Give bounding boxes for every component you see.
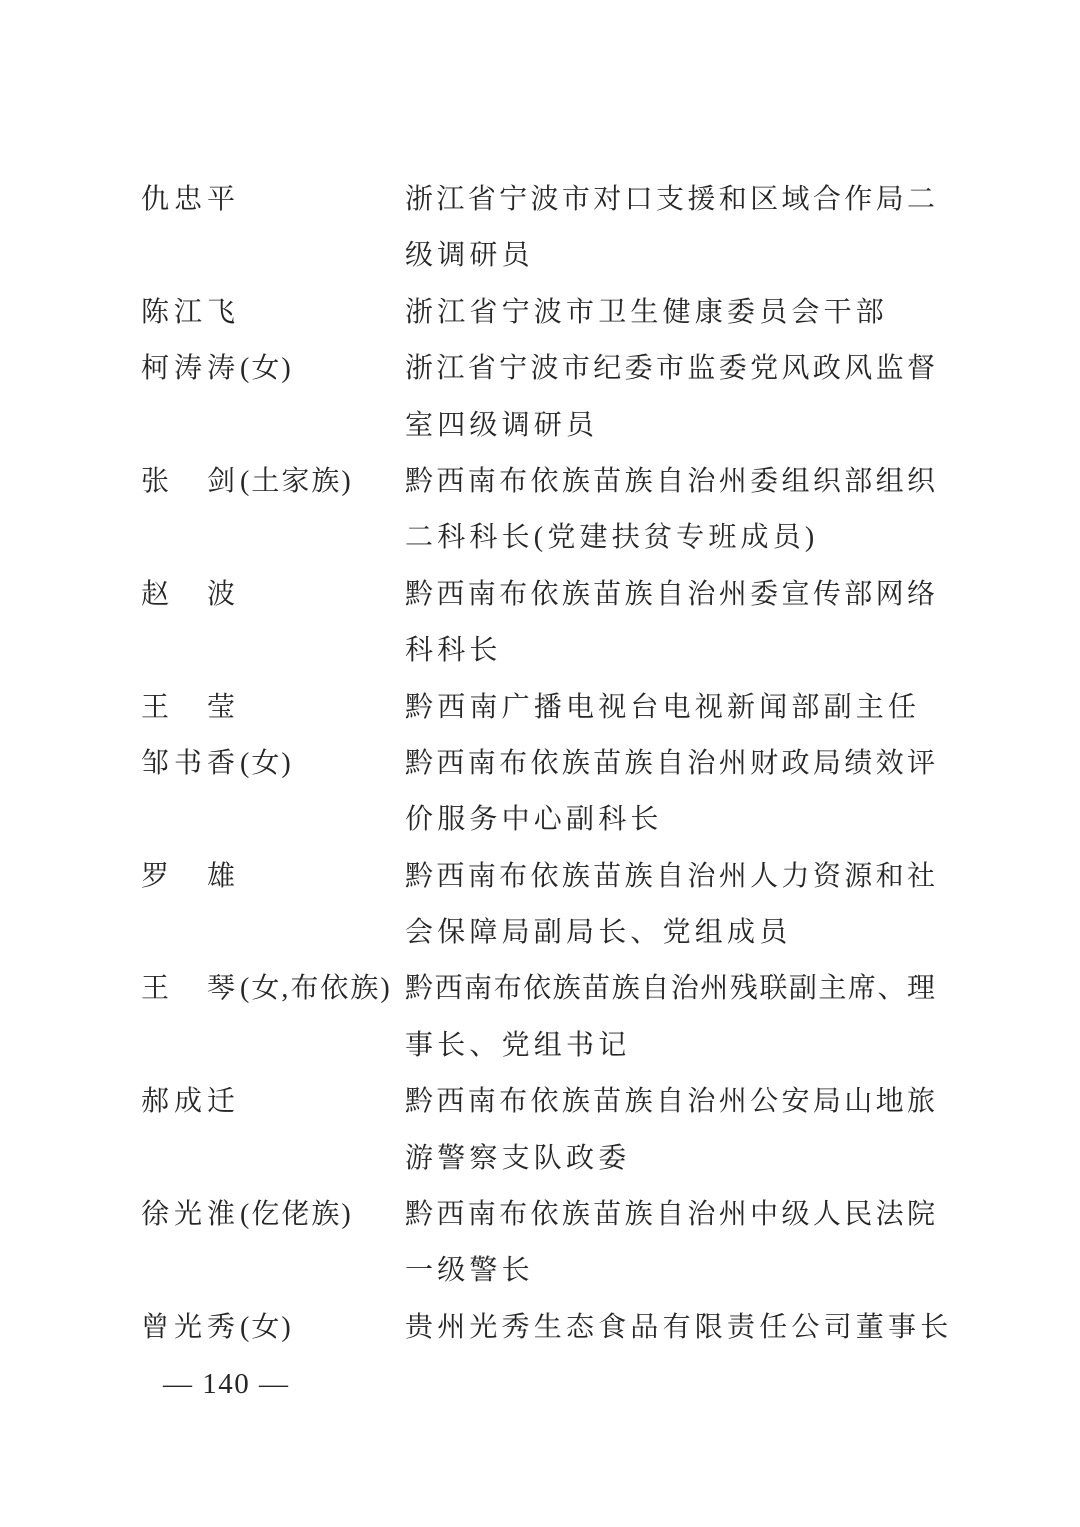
person-name-text: 罗 雄 xyxy=(141,861,240,892)
position-line: 级调研员 xyxy=(405,228,935,284)
position-line: 黔西南布依族苗族自治州公安局山地旅 xyxy=(405,1074,935,1130)
position-line: 黔西南广播电视台电视新闻部副主任 xyxy=(405,680,935,736)
person-name: 徐光淮(仡佬族) xyxy=(141,1187,405,1243)
person-name: 陈江飞 xyxy=(141,285,405,341)
position-line: 黔西南布依族苗族自治州委组织部组织 xyxy=(405,454,935,510)
entry-row: 王 琴(女,布依族) 黔西南布依族苗族自治州残联副主席、理 事长、党组书记 xyxy=(141,961,935,1074)
person-name-text: 王 琴 xyxy=(141,973,240,1004)
position-text: 黔西南布依族苗族自治州委宣传部网络 科科长 xyxy=(405,567,935,680)
person-name-text: 郝成迁 xyxy=(141,1086,240,1117)
person-name: 柯涛涛(女) xyxy=(141,341,405,397)
ethnicity-gender-note: (女) xyxy=(240,353,293,384)
ethnicity-gender-note: (女) xyxy=(240,1312,293,1343)
position-text: 黔西南布依族苗族自治州残联副主席、理 事长、党组书记 xyxy=(405,961,935,1074)
position-text: 黔西南布依族苗族自治州人力资源和社 会保障局副局长、党组成员 xyxy=(405,849,935,962)
position-text: 黔西南布依族苗族自治州中级人民法院 一级警长 xyxy=(405,1187,935,1300)
person-name-text: 仇忠平 xyxy=(141,184,240,215)
position-line: 室四级调研员 xyxy=(405,398,935,454)
position-line: 黔西南布依族苗族自治州人力资源和社 xyxy=(405,849,935,905)
position-line: 一级警长 xyxy=(405,1243,935,1299)
entry-row: 柯涛涛(女) 浙江省宁波市纪委市监委党风政风监督 室四级调研员 xyxy=(141,341,935,454)
person-name: 曾光秀(女) xyxy=(141,1300,405,1356)
position-line: 贵州光秀生态食品有限责任公司董事长 xyxy=(405,1300,935,1356)
position-line: 黔西南布依族苗族自治州委宣传部网络 xyxy=(405,567,935,623)
position-line: 浙江省宁波市纪委市监委党风政风监督 xyxy=(405,341,935,397)
entry-row: 徐光淮(仡佬族) 黔西南布依族苗族自治州中级人民法院 一级警长 xyxy=(141,1187,935,1300)
entry-row: 邹书香(女) 黔西南布依族苗族自治州财政局绩效评 价服务中心副科长 xyxy=(141,736,935,849)
person-name-text: 徐光淮 xyxy=(141,1199,240,1230)
ethnicity-gender-note: (女) xyxy=(240,748,293,779)
document-page: 仇忠平 浙江省宁波市对口支援和区域合作局二 级调研员 陈江飞 浙江省宁波市卫生健… xyxy=(0,0,1080,1527)
entry-row: 曾光秀(女) 贵州光秀生态食品有限责任公司董事长 xyxy=(141,1300,935,1356)
person-name: 邹书香(女) xyxy=(141,736,405,792)
position-line: 二科科长(党建扶贫专班成员) xyxy=(405,510,935,566)
position-line: 科科长 xyxy=(405,623,935,679)
person-name-text: 柯涛涛 xyxy=(141,353,240,384)
person-name: 郝成迁 xyxy=(141,1074,405,1130)
person-name-text: 赵 波 xyxy=(141,579,240,610)
person-name-text: 曾光秀 xyxy=(141,1312,240,1343)
person-name: 王 琴(女,布依族) xyxy=(141,961,405,1017)
person-name: 赵 波 xyxy=(141,567,405,623)
person-name-text: 张 剑 xyxy=(141,466,240,497)
position-line: 事长、党组书记 xyxy=(405,1018,935,1074)
entry-row: 陈江飞 浙江省宁波市卫生健康委员会干部 xyxy=(141,285,935,341)
page-number: — 140 — xyxy=(141,1356,935,1412)
position-text: 浙江省宁波市对口支援和区域合作局二 级调研员 xyxy=(405,172,935,285)
position-text: 黔西南布依族苗族自治州委组织部组织 二科科长(党建扶贫专班成员) xyxy=(405,454,935,567)
person-name-text: 邹书香 xyxy=(141,748,240,779)
ethnicity-gender-note: (女,布依族) xyxy=(240,973,392,1004)
position-line: 黔西南布依族苗族自治州残联副主席、理 xyxy=(405,961,935,1017)
entry-row: 仇忠平 浙江省宁波市对口支援和区域合作局二 级调研员 xyxy=(141,172,935,285)
person-name: 仇忠平 xyxy=(141,172,405,228)
position-text: 贵州光秀生态食品有限责任公司董事长 xyxy=(405,1300,935,1356)
ethnicity-gender-note: (仡佬族) xyxy=(240,1199,353,1230)
position-text: 黔西南布依族苗族自治州财政局绩效评 价服务中心副科长 xyxy=(405,736,935,849)
position-text: 黔西南广播电视台电视新闻部副主任 xyxy=(405,680,935,736)
person-name: 罗 雄 xyxy=(141,849,405,905)
position-line: 黔西南布依族苗族自治州中级人民法院 xyxy=(405,1187,935,1243)
person-name-text: 王 莹 xyxy=(141,692,240,723)
person-name-text: 陈江飞 xyxy=(141,297,240,328)
entry-row: 张 剑(土家族) 黔西南布依族苗族自治州委组织部组织 二科科长(党建扶贫专班成员… xyxy=(141,454,935,567)
position-text: 浙江省宁波市纪委市监委党风政风监督 室四级调研员 xyxy=(405,341,935,454)
entry-row: 王 莹 黔西南广播电视台电视新闻部副主任 xyxy=(141,680,935,736)
person-name: 王 莹 xyxy=(141,680,405,736)
position-line: 浙江省宁波市对口支援和区域合作局二 xyxy=(405,172,935,228)
position-line: 价服务中心副科长 xyxy=(405,792,935,848)
position-text: 浙江省宁波市卫生健康委员会干部 xyxy=(405,285,935,341)
position-line: 会保障局副局长、党组成员 xyxy=(405,905,935,961)
entry-row: 罗 雄 黔西南布依族苗族自治州人力资源和社 会保障局副局长、党组成员 xyxy=(141,849,935,962)
person-name: 张 剑(土家族) xyxy=(141,454,405,510)
position-line: 浙江省宁波市卫生健康委员会干部 xyxy=(405,285,935,341)
entry-row: 赵 波 黔西南布依族苗族自治州委宣传部网络 科科长 xyxy=(141,567,935,680)
position-line: 游警察支队政委 xyxy=(405,1131,935,1187)
position-line: 黔西南布依族苗族自治州财政局绩效评 xyxy=(405,736,935,792)
entry-row: 郝成迁 黔西南布依族苗族自治州公安局山地旅 游警察支队政委 xyxy=(141,1074,935,1187)
ethnicity-gender-note: (土家族) xyxy=(240,466,353,497)
position-text: 黔西南布依族苗族自治州公安局山地旅 游警察支队政委 xyxy=(405,1074,935,1187)
